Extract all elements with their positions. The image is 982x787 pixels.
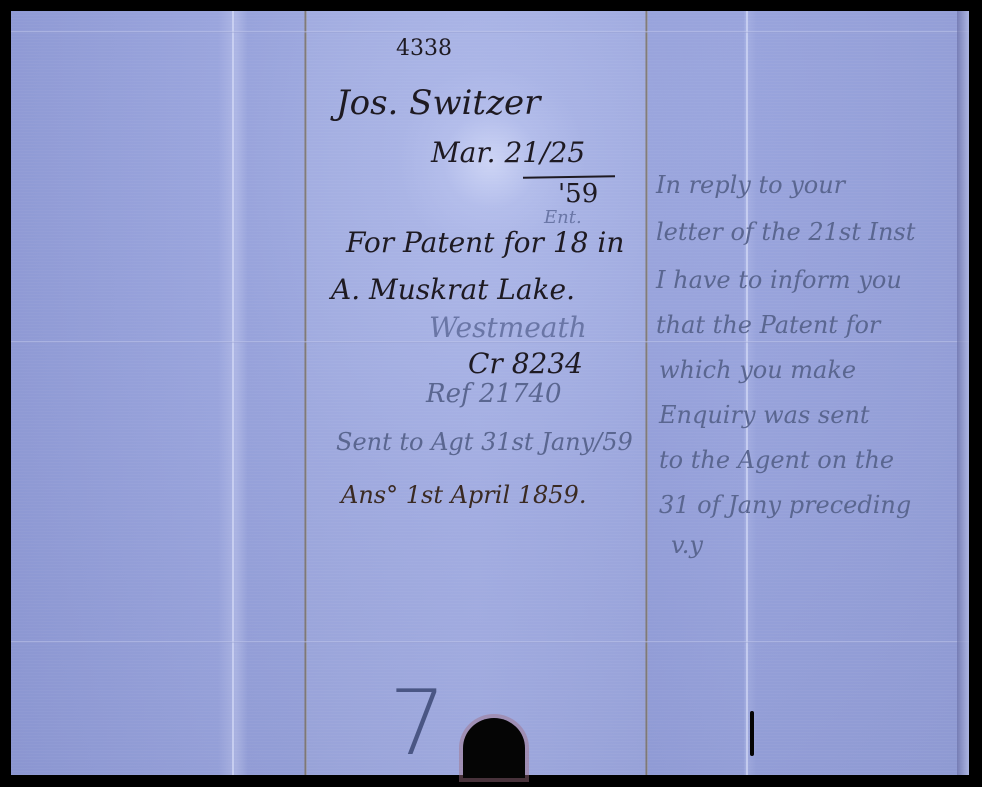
note-line-7: to the Agent on the <box>659 446 894 474</box>
note-line-8: 31 of Jany preceding <box>659 491 911 519</box>
received-year: '59 <box>558 179 598 209</box>
correspondent-name: Jos. Switzer <box>336 83 540 123</box>
file-number: 4338 <box>396 36 452 61</box>
sent-to-agent-line: Sent to Agt 31st Jany/59 <box>336 428 633 456</box>
reference-number: Ref 21740 <box>426 379 562 409</box>
answered-line: Ans° 1st April 1859. <box>341 481 586 509</box>
left-fold-line <box>304 11 307 775</box>
entry-annotation: Ent. <box>544 207 582 228</box>
right-crease <box>746 11 748 775</box>
note-line-1: In reply to your <box>656 171 845 199</box>
subject-line-1: For Patent for 18 in <box>346 226 624 259</box>
paper-right-edge <box>957 11 969 775</box>
paper-tear <box>750 711 754 756</box>
note-line-4: that the Patent for <box>656 311 880 339</box>
note-line-6: Enquiry was sent <box>659 401 870 429</box>
cr-number: Cr 8234 <box>468 347 583 380</box>
top-fold-line <box>11 31 969 33</box>
right-fold-line <box>645 11 648 775</box>
note-line-3: I have to inform you <box>656 266 902 294</box>
received-date: Mar. 21/25 <box>431 136 585 169</box>
bottom-pencil-mark: 7 <box>389 671 446 775</box>
note-line-2: letter of the 21st Inst <box>656 218 915 246</box>
letter-paper: 4338 Jos. Switzer Mar. 21/25 '59 Ent. Fo… <box>11 11 969 775</box>
note-line-9: v.y <box>671 531 703 559</box>
left-crease <box>232 11 234 775</box>
seal-tear-hole <box>463 718 525 778</box>
right-fold-panel <box>647 11 969 775</box>
subject-line-2: A. Muskrat Lake. <box>331 273 575 306</box>
scan-frame: 4338 Jos. Switzer Mar. 21/25 '59 Ent. Fo… <box>0 0 982 787</box>
note-line-5: which you make <box>659 356 856 384</box>
lower-fold-line <box>11 641 969 643</box>
county-name: Westmeath <box>429 311 587 344</box>
left-fold-panel <box>11 11 307 775</box>
